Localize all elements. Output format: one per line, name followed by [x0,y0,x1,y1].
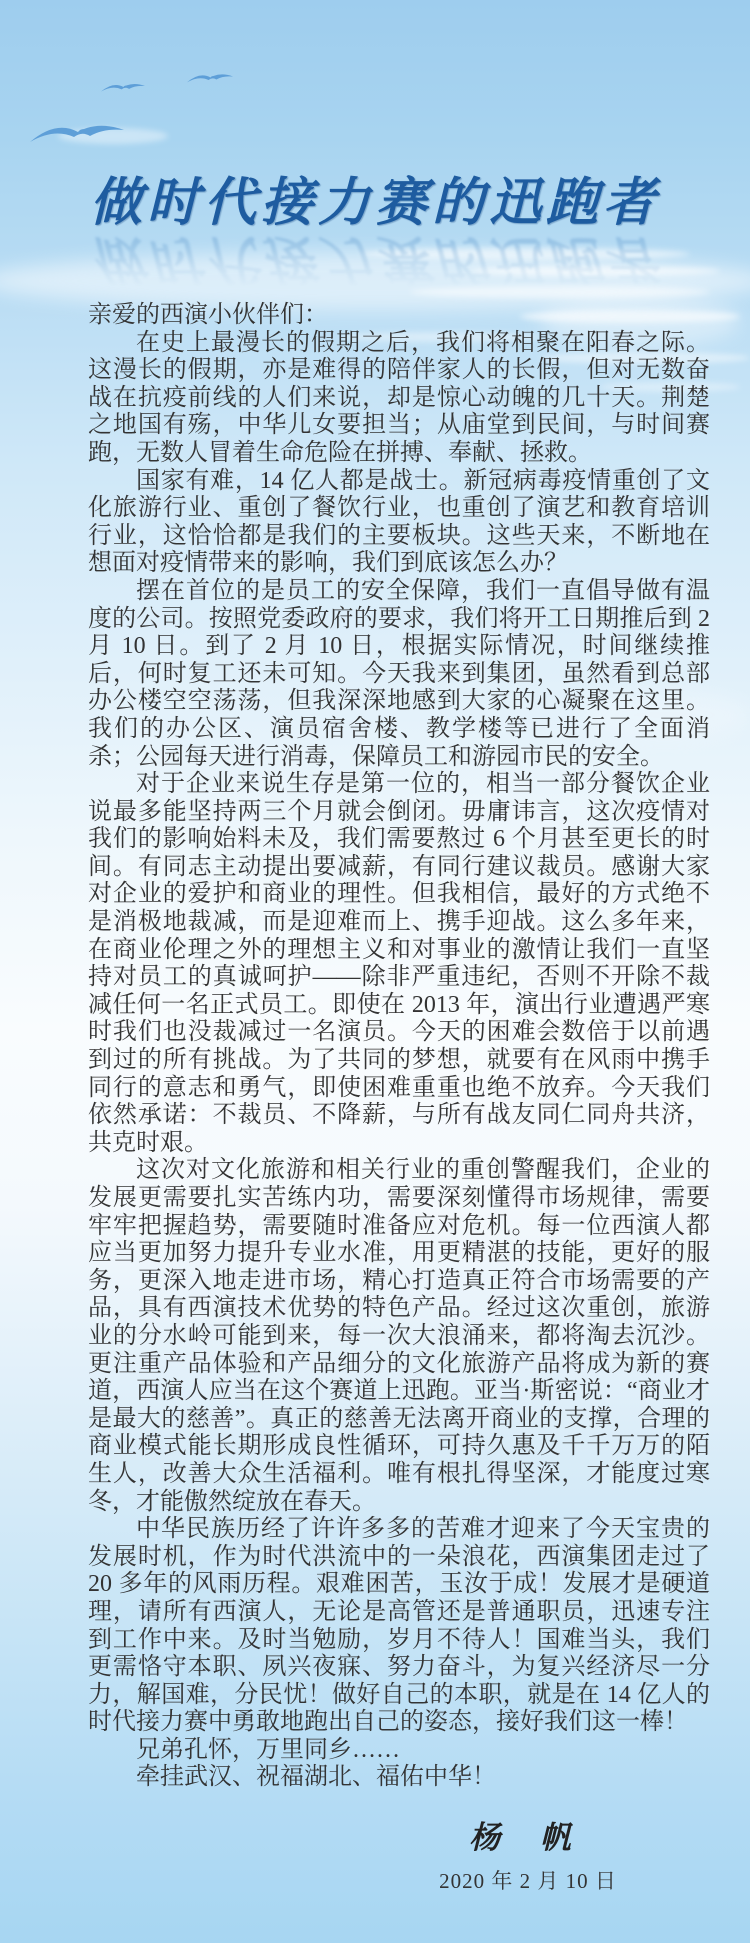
letter-page: 做时代接力赛的迅跑者 做时代接力赛的迅跑者 亲爱的西演小伙伴们： 在史上最漫长的… [0,0,750,1943]
signature: 杨 帆 [398,1824,658,1852]
bird-icon [186,68,234,86]
paragraph: 摆在首位的是员工的安全保障，我们一直倡导做有温度的公司。按照党委政府的要求，我们… [88,578,710,771]
page-title: 做时代接力赛的迅跑者 [0,160,750,235]
page-title-reflection: 做时代接力赛的迅跑者 [0,227,750,302]
title-block: 做时代接力赛的迅跑者 做时代接力赛的迅跑者 [0,160,750,302]
paragraph: 国家有难，14 亿人都是战士。新冠病毒疫情重创了文化旅游行业、重创了餐饮行业，也… [88,468,710,578]
bird-icon [100,78,146,95]
paragraph: 对于企业来说生存是第一位的，相当一部分餐饮企业说最多能坚持两三个月就会倒闭。毋庸… [88,771,710,1157]
paragraph: 中华民族历经了许许多多的苦难才迎来了今天宝贵的发展时机，作为时代洪流中的一朵浪花… [88,1516,710,1737]
letter-date: 2020 年 2 月 10 日 [398,1868,658,1896]
signature-block: 杨 帆 2020 年 2 月 10 日 [398,1824,658,1895]
bird-icon [28,116,126,146]
letter-body: 亲爱的西演小伙伴们： 在史上最漫长的假期之后，我们将相聚在阳春之际。这漫长的假期… [88,302,710,1895]
salutation: 亲爱的西演小伙伴们： [88,302,710,330]
paragraph: 这次对文化旅游和相关行业的重创警醒我们，企业的发展更需要扎实苦练内功，需要深刻懂… [88,1157,710,1516]
closing-line: 牵挂武汉、祝福湖北、福佑中华！ [88,1764,710,1792]
closing-line: 兄弟孔怀，万里同乡…… [88,1737,710,1765]
paragraph: 在史上最漫长的假期之后，我们将相聚在阳春之际。这漫长的假期，亦是难得的陪伴家人的… [88,330,710,468]
